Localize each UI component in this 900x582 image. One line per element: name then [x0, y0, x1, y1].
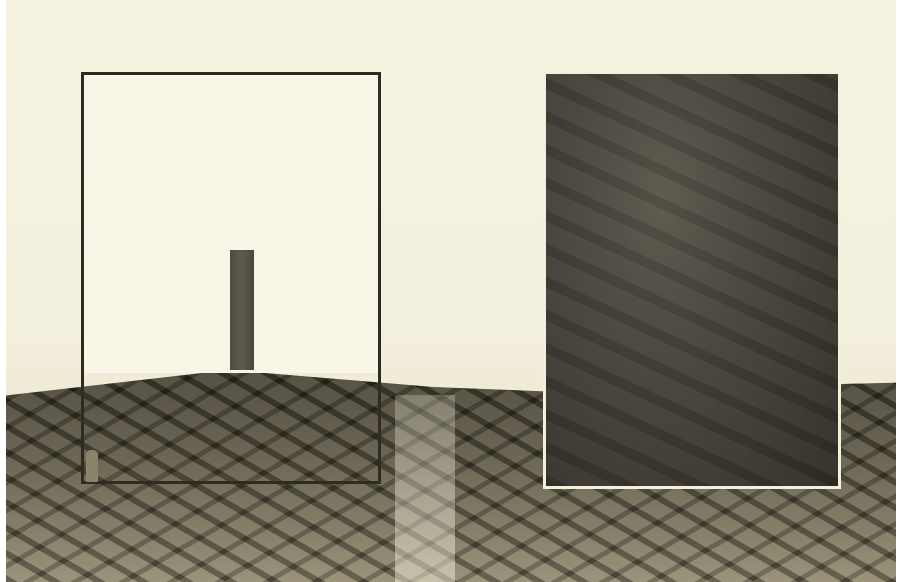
- right-dark-panel: [543, 71, 841, 489]
- photo-border-left: [0, 0, 6, 582]
- photograph: [0, 0, 900, 582]
- photo-border-right: [896, 0, 900, 582]
- small-bottle-object: [86, 450, 98, 482]
- left-outline-frame: [81, 72, 381, 484]
- floor-light-strip: [395, 395, 455, 582]
